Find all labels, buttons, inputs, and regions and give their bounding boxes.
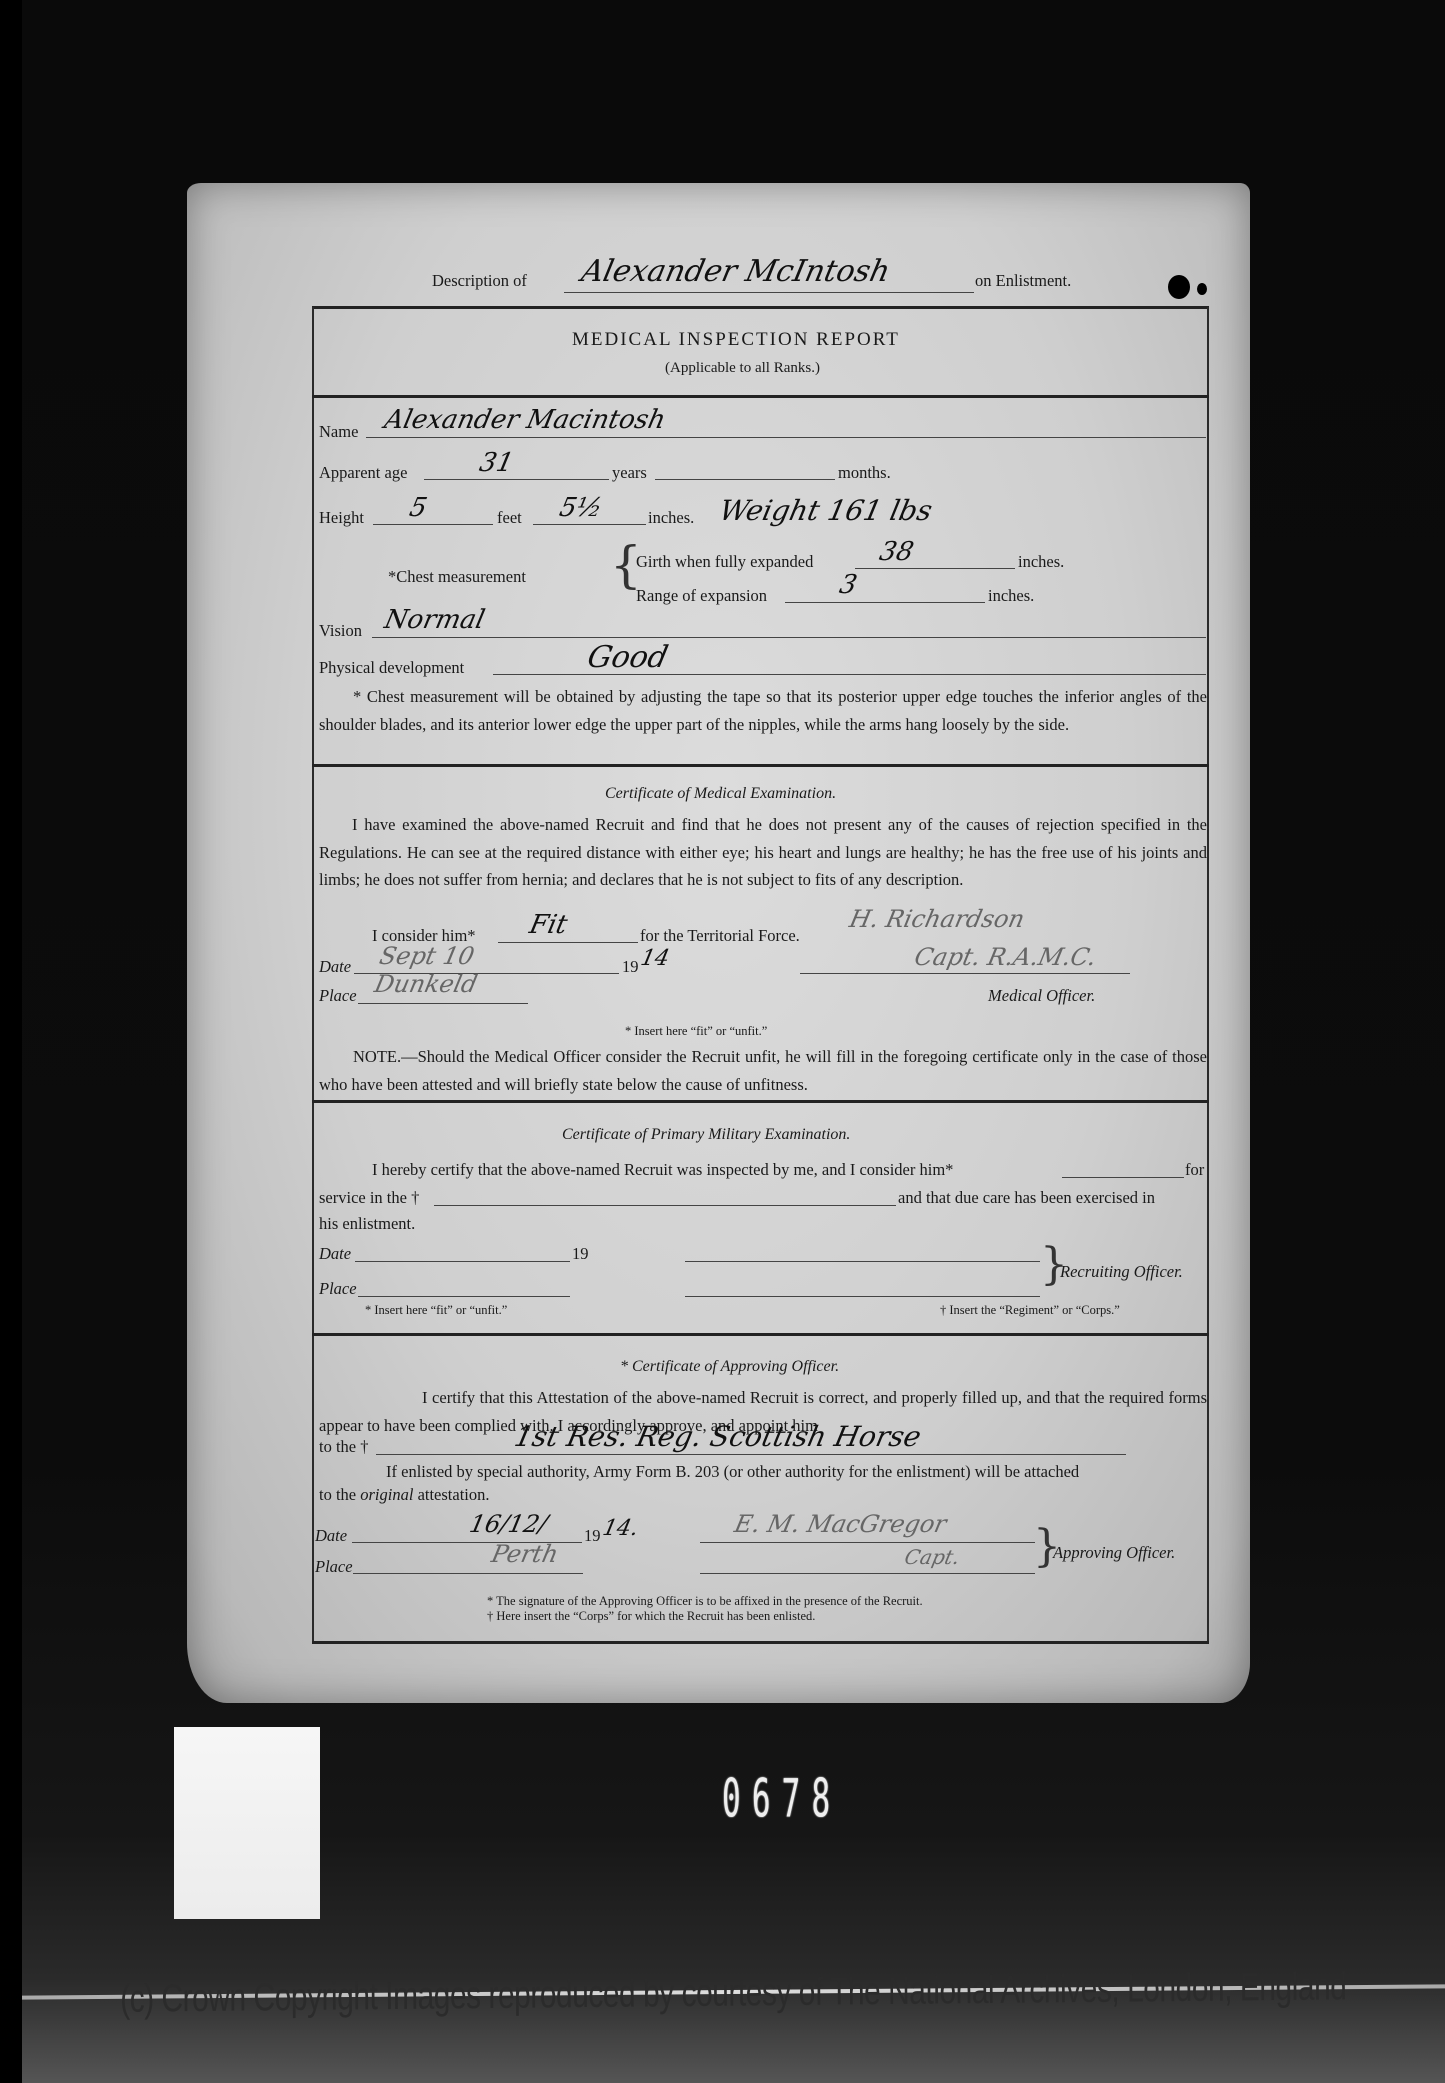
medical-note: NOTE.—Should the Medical Officer conside… — [319, 1043, 1207, 1098]
military-line1: I hereby certify that the above-named Re… — [372, 1160, 953, 1180]
frame-number: 0678 — [722, 1768, 841, 1829]
medical-officer-rank: Capt. R.A.M.C. — [912, 943, 1099, 971]
military-note-right: † Insert the “Regiment” or “Corps.” — [940, 1300, 1120, 1320]
approving-date-label: Date — [315, 1526, 347, 1546]
months-label: months. — [838, 463, 891, 483]
military-date-label: Date — [319, 1244, 351, 1264]
age-label: Apparent age — [319, 463, 407, 483]
approving-officer-label: Approving Officer. — [1053, 1543, 1175, 1563]
report-title: MEDICAL INSPECTION REPORT — [572, 330, 900, 350]
medical-signature-line — [800, 973, 1130, 974]
punch-hole-mark — [1168, 275, 1190, 299]
girth-label: Girth when fully expanded — [636, 552, 813, 572]
feet-label: feet — [497, 508, 522, 528]
medical-year-prefix: 19 — [622, 957, 639, 977]
description-suffix: on Enlistment. — [975, 271, 1071, 291]
years-label: years — [612, 463, 647, 483]
military-place-line — [358, 1296, 570, 1297]
chest-measurement-note: * Chest measurement will be obtained by … — [319, 683, 1207, 738]
name-label: Name — [319, 422, 358, 442]
approving-place-label: Place — [315, 1557, 353, 1577]
medical-year-value: 14 — [638, 946, 671, 971]
authority-note-1: If enlisted by special authority, Army F… — [386, 1462, 1079, 1482]
age-line — [424, 479, 609, 480]
authority-note-2c: attestation. — [413, 1485, 489, 1504]
feet-line — [373, 524, 493, 525]
recruiting-rank-line — [685, 1296, 1040, 1297]
military-line3: his enlistment. — [319, 1214, 415, 1234]
recruiting-signature-line — [685, 1261, 1040, 1262]
military-service-line — [434, 1205, 896, 1206]
approving-officer-signature: E. M. MacGregor — [732, 1510, 949, 1538]
height-label: Height — [319, 508, 364, 528]
military-line1-end: for — [1185, 1160, 1204, 1180]
approving-to-the-label: to the † — [319, 1437, 369, 1457]
height-inches-value: 5½ — [557, 493, 605, 523]
girth-unit: inches. — [1018, 552, 1064, 572]
approving-unit-value: 1st Res. Reg. Scottish Horse — [511, 1420, 924, 1453]
approving-place-value: Perth — [489, 1540, 561, 1568]
approving-signature-line — [700, 1542, 1035, 1543]
approving-year-value: 14. — [600, 1516, 640, 1541]
military-date-line — [355, 1261, 570, 1262]
description-name-handwritten: Alexander McIntosh — [578, 254, 893, 289]
medical-date-value: Sept 10 — [377, 942, 477, 970]
vision-label: Vision — [319, 621, 362, 641]
approving-cert-heading: * Certificate of Approving Officer. — [620, 1357, 839, 1377]
consider-value: Fit — [527, 910, 570, 940]
authority-note-2b: original — [360, 1485, 413, 1504]
girth-line — [855, 568, 1015, 569]
approving-unit-line — [376, 1454, 1126, 1455]
medical-cert-heading: Certificate of Medical Examination. — [605, 784, 836, 804]
inches-label: inches. — [648, 508, 694, 528]
range-label: Range of expansion — [636, 586, 767, 606]
medical-date-label: Date — [319, 957, 351, 977]
approving-date-value: 16/12/ — [467, 1510, 550, 1538]
vision-line — [372, 637, 1206, 638]
months-line — [655, 479, 835, 480]
physical-label: Physical development — [319, 658, 464, 678]
medical-officer-label: Medical Officer. — [988, 986, 1095, 1006]
medical-insert-note: * Insert here “fit” or “unfit.” — [625, 1021, 767, 1041]
recruiting-officer-label: Recruiting Officer. — [1060, 1262, 1183, 1282]
military-place-label: Place — [319, 1279, 357, 1299]
weight-note-handwritten: Weight 161 lbs — [716, 494, 935, 527]
section-rule — [312, 1333, 1209, 1336]
military-year-prefix: 19 — [572, 1244, 589, 1264]
authority-note-2a: to the — [319, 1485, 360, 1504]
medical-officer-signature: H. Richardson — [847, 905, 1027, 933]
section-rule — [312, 395, 1209, 398]
girth-value: 38 — [877, 537, 916, 567]
military-cert-heading: Certificate of Primary Military Examinat… — [562, 1125, 850, 1145]
medical-cert-body: I have examined the above-named Recruit … — [319, 811, 1207, 894]
approving-officer-rank: Capt. — [902, 1545, 962, 1569]
name-line — [366, 437, 1206, 438]
name-value: Alexander Macintosh — [382, 405, 668, 435]
chest-label: *Chest measurement — [388, 567, 526, 587]
medical-place-label: Place — [319, 986, 357, 1006]
medical-place-value: Dunkeld — [372, 970, 480, 998]
range-unit: inches. — [988, 586, 1034, 606]
range-line — [785, 602, 985, 603]
approving-place-line — [353, 1573, 583, 1574]
military-line2-start: service in the † — [319, 1188, 419, 1208]
section-rule — [312, 764, 1209, 767]
medical-place-line — [358, 1003, 528, 1004]
consider-line — [498, 942, 638, 943]
approving-footnote-2: † Here insert the “Corps” for which the … — [487, 1606, 815, 1626]
report-subtitle: (Applicable to all Ranks.) — [665, 358, 820, 378]
inches-line — [533, 524, 646, 525]
military-line2-end: and that due care has been exercised in — [898, 1188, 1155, 1208]
vision-value: Normal — [382, 605, 488, 635]
physical-value: Good — [584, 640, 671, 675]
age-value: 31 — [477, 448, 516, 478]
section-rule — [312, 1100, 1209, 1103]
military-note-left: * Insert here “fit” or “unfit.” — [365, 1300, 507, 1320]
approving-year-prefix: 19 — [584, 1526, 601, 1546]
military-fit-line — [1062, 1177, 1184, 1178]
authority-note-2: to the original attestation. — [319, 1485, 490, 1505]
punch-hole-mark — [1197, 283, 1207, 295]
description-underline — [564, 292, 974, 293]
frame-marker-card — [174, 1727, 320, 1919]
description-prefix: Description of — [432, 271, 527, 291]
form-bottom-rule — [312, 1641, 1209, 1644]
force-label: for the Territorial Force. — [640, 926, 800, 946]
approving-rank-line — [700, 1573, 1035, 1574]
